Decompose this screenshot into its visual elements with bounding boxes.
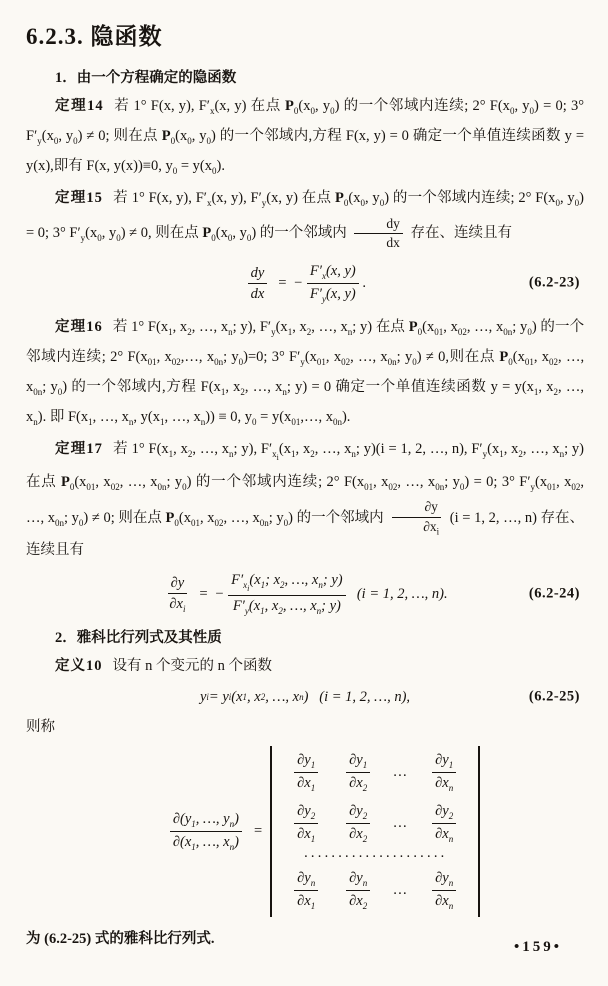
matrix-fraction-cell: ∂y1∂xn bbox=[418, 751, 470, 794]
theorem-15-text: 若 1° F(x, y), F′x(x, y), F′y(x, y) 在点 P0… bbox=[26, 190, 584, 242]
matrix-fraction-cell: ∂yn∂xn bbox=[418, 869, 470, 912]
section-heading: 6.2.3. 隐函数 bbox=[26, 22, 584, 52]
matrix-fraction-cell: ∂yn∂x1 bbox=[280, 869, 332, 912]
matrix-row: ∂y1∂x1∂y1∂x2…∂y1∂xn bbox=[280, 751, 470, 794]
matrix-row: ∂y2∂x1∂y2∂x2…∂y2∂xn bbox=[280, 802, 470, 845]
page-number: •159• bbox=[514, 935, 562, 960]
theorem-16-paragraph: 定理16若 1° F(x1, x2, …, xn; y), F′y(x1, x2… bbox=[26, 315, 584, 435]
equation-6-2-25-number: (6.2-25) bbox=[529, 685, 580, 710]
theorem-14-label: 定理14 bbox=[55, 98, 104, 114]
equation-6-2-25: yi = yi(x1, x2, …, xn) (i = 1, 2, …, n),… bbox=[26, 683, 584, 711]
then-called-text: 则称 bbox=[26, 715, 584, 740]
equation-6-2-23: dydx = − F′x(x, y)F′y(x, y). (6.2-23) bbox=[26, 260, 584, 306]
matrix-ellipsis-cell: … bbox=[384, 760, 418, 785]
equation-6-2-24-number: (6.2-24) bbox=[529, 582, 580, 607]
definition-10-text: 设有 n 个变元的 n 个函数 bbox=[113, 658, 273, 674]
definition-10-paragraph: 定义10设有 n 个变元的 n 个函数 bbox=[26, 654, 584, 679]
theorem-14-text: 若 1° F(x, y), F′x(x, y) 在点 P0(x0, y0) 的一… bbox=[26, 98, 584, 174]
textbook-page: 6.2.3. 隐函数 1．由一个方程确定的隐函数 定理14若 1° F(x, y… bbox=[0, 0, 608, 986]
theorem-14-paragraph: 定理14若 1° F(x, y), F′x(x, y) 在点 P0(x0, y0… bbox=[26, 94, 584, 184]
theorem-15-label: 定理15 bbox=[55, 190, 103, 206]
matrix-fraction-cell: ∂y1∂x1 bbox=[280, 751, 332, 794]
subsection-1-heading: 1．由一个方程确定的隐函数 bbox=[26, 66, 584, 91]
matrix-fraction-cell: ∂y2∂x2 bbox=[332, 802, 384, 845]
equation-6-2-23-number: (6.2-23) bbox=[529, 271, 580, 296]
subsection-2-heading: 2．雅科比行列式及其性质 bbox=[26, 626, 584, 651]
matrix-fraction-cell: ∂yn∂x2 bbox=[332, 869, 384, 912]
matrix-dots-row: ····················· bbox=[280, 852, 470, 862]
jacobian-lhs: ∂(y1, …, yn)∂(x1, …, xn) bbox=[166, 810, 246, 853]
theorem-17-label: 定理17 bbox=[55, 441, 103, 457]
equation-6-2-23-body: dydx = − F′x(x, y)F′y(x, y). bbox=[244, 262, 367, 305]
theorem-17-text: 若 1° F(x1, x2, …, xn; y), F′xi(x1, x2, …… bbox=[26, 441, 584, 558]
theorem-16-text: 若 1° F(x1, x2, …, xn; y), F′y(x1, x2, …,… bbox=[26, 319, 584, 425]
matrix-fraction-cell: ∂y2∂xn bbox=[418, 802, 470, 845]
jacobian-matrix: ∂y1∂x1∂y1∂x2…∂y1∂xn∂y2∂x1∂y2∂x2…∂y2∂xn··… bbox=[270, 746, 480, 917]
matrix-ellipsis-cell: … bbox=[384, 811, 418, 836]
matrix-fraction-cell: ∂y2∂x1 bbox=[280, 802, 332, 845]
equation-6-2-25-body: yi = yi(x1, x2, …, xn) (i = 1, 2, …, n), bbox=[200, 685, 410, 710]
closing-text: 为 (6.2-25) 式的雅科比行列式. bbox=[26, 927, 584, 952]
matrix-fraction-cell: ∂y1∂x2 bbox=[332, 751, 384, 794]
theorem-15-paragraph: 定理15若 1° F(x, y), F′x(x, y), F′y(x, y) 在… bbox=[26, 186, 584, 253]
equation-6-2-24-body: ∂y∂xi = − F′xi(x1; x2, …, xn; y)F′y(x1, … bbox=[162, 571, 447, 617]
definition-10-label: 定义10 bbox=[55, 658, 103, 674]
jacobian-equals: = bbox=[254, 819, 262, 844]
matrix-ellipsis-cell: … bbox=[384, 878, 418, 903]
equation-6-2-24: ∂y∂xi = − F′xi(x1; x2, …, xn; y)F′y(x1, … bbox=[26, 571, 584, 617]
theorem-16-label: 定理16 bbox=[55, 319, 103, 335]
matrix-row: ∂yn∂x1∂yn∂x2…∂yn∂xn bbox=[280, 869, 470, 912]
jacobian-determinant: ∂(y1, …, yn)∂(x1, …, xn) = ∂y1∂x1∂y1∂x2…… bbox=[62, 746, 584, 917]
theorem-17-paragraph: 定理17若 1° F(x1, x2, …, xn; y), F′xi(x1, x… bbox=[26, 437, 584, 563]
